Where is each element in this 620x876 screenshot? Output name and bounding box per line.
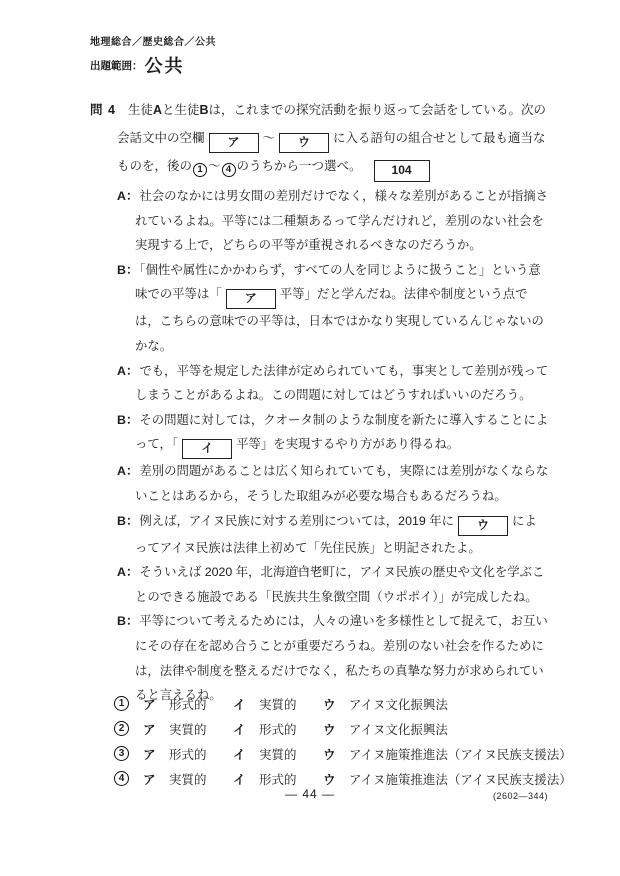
- dialogue-speaker: B：: [117, 614, 138, 628]
- circled-number: 4: [222, 163, 236, 177]
- dialogue-paragraph: A：社会のなかには男女間の差別だけでなく，様々な差別があることが指摘されているよ…: [117, 184, 549, 258]
- scope-label: 出題範囲：: [90, 60, 143, 72]
- option-item: ウアイヌ施策推進法（アイヌ民族支援法）: [323, 770, 572, 788]
- option-item: ア実質的: [143, 720, 233, 738]
- option-item: ア形式的: [143, 695, 233, 713]
- option-circled-number: 1: [114, 696, 129, 711]
- text-run: 差別の問題があることは広く知られていても，実際には差別がなくならないことはあるか…: [135, 464, 548, 503]
- option-value: アイヌ施策推進法（アイヌ民族支援法）: [349, 770, 572, 788]
- text-run: 平等について考えるためには，人々の違いを多様性として捉えて，お互いにその存在を認…: [135, 614, 548, 702]
- answer-number-box: 104: [374, 160, 430, 182]
- option-item: ア実質的: [143, 770, 233, 788]
- option-blank-label: ウ: [323, 745, 349, 763]
- text-run: でも，平等を規定した法律が定められていても，事実として差別が残ってしまうことがあ…: [135, 364, 548, 403]
- option-blank-label: ア: [143, 720, 169, 738]
- option-value: 実質的: [259, 695, 323, 713]
- blank-box: イ: [182, 439, 232, 459]
- dialogue-section: A：社会のなかには男女間の差別だけでなく，様々な差別があることが指摘されているよ…: [117, 184, 549, 708]
- option-value: 実質的: [169, 770, 233, 788]
- question-text: 生徒Aと生徒Bは，これまでの探究活動を振り返って会話をしている。次の会話文中の空…: [117, 103, 546, 173]
- option-row: 1ア形式的イ実質的ウアイヌ文化振興法: [113, 691, 572, 716]
- text-run: ～: [208, 159, 221, 173]
- text-run: 平等」を実現するやり方があり得るね。: [236, 437, 459, 451]
- ruby-annotated-text: 白老しらおい: [298, 565, 323, 579]
- course-title: 地理総合／歴史総合／公共: [90, 33, 216, 48]
- option-blank-label: イ: [233, 770, 259, 788]
- option-item: イ実質的: [233, 695, 323, 713]
- option-blank-label: イ: [233, 745, 259, 763]
- dialogue-speaker: B：: [117, 413, 138, 427]
- blank-box: ウ: [279, 133, 329, 153]
- circled-number: 1: [193, 163, 207, 177]
- text-run: 例えば，アイヌ民族に対する差別については，2019 年に: [139, 514, 454, 528]
- dialogue-paragraph: A：差別の問題があることは広く知られていても，実際には差別がなくならないことはあ…: [117, 459, 549, 508]
- dialogue-speaker: A：: [117, 464, 138, 478]
- option-value: 形式的: [259, 770, 323, 788]
- text-run: そういえば 2020 年，北海道: [139, 565, 297, 579]
- question-number: 問 4: [90, 103, 116, 117]
- option-value: アイヌ文化振興法: [349, 695, 448, 713]
- option-item: イ形式的: [233, 720, 323, 738]
- option-item: イ実質的: [233, 745, 323, 763]
- text-run: と生徒: [162, 103, 200, 117]
- option-value: 形式的: [259, 720, 323, 738]
- option-row: 2ア実質的イ形式的ウアイヌ文化振興法: [113, 716, 572, 741]
- exam-page: 地理総合／歴史総合／公共 出題範囲：公共 問 4生徒Aと生徒Bは，これまでの探究…: [0, 0, 620, 876]
- blank-box: ウ: [458, 516, 508, 536]
- option-value: 形式的: [169, 695, 233, 713]
- dialogue-speaker: B：: [117, 514, 138, 528]
- option-blank-label: ウ: [323, 695, 349, 713]
- option-blank-label: イ: [233, 720, 259, 738]
- option-value: 実質的: [169, 720, 233, 738]
- subject-name: 公共: [145, 56, 185, 76]
- text-run: のうちから一つ選べ。: [237, 159, 362, 173]
- option-value: 実質的: [259, 745, 323, 763]
- option-blank-label: ア: [143, 745, 169, 763]
- bold-text-run: A: [153, 103, 162, 117]
- bold-text-run: B: [200, 103, 209, 117]
- text-run: 社会のなかには男女間の差別だけでなく，様々な差別があることが指摘されているよね。…: [135, 189, 548, 252]
- dialogue-speaker: A：: [117, 364, 138, 378]
- dialogue-paragraph: B：例えば，アイヌ民族に対する差別については，2019 年にウによってアイヌ民族…: [117, 509, 549, 561]
- options-section: 1ア形式的イ実質的ウアイヌ文化振興法2ア実質的イ形式的ウアイヌ文化振興法3ア形式…: [113, 691, 572, 791]
- option-blank-label: ウ: [323, 720, 349, 738]
- option-row: 3ア形式的イ実質的ウアイヌ施策推進法（アイヌ民族支援法）: [113, 741, 572, 766]
- print-code: (2602—344): [493, 791, 548, 801]
- option-circled-number: 4: [114, 771, 129, 786]
- exam-scope: 出題範囲：公共: [90, 52, 185, 78]
- dialogue-paragraph: B：その問題に対しては，クオータ制のような制度を新たに導入することによって，「イ…: [117, 408, 549, 460]
- option-item: ウアイヌ文化振興法: [323, 695, 448, 713]
- furigana-label: しらおい: [295, 558, 325, 583]
- dialogue-paragraph: A：そういえば 2020 年，北海道白老しらおい町に，アイヌ民族の歴史や文化を学…: [117, 560, 549, 609]
- option-item: ア形式的: [143, 745, 233, 763]
- option-item: ウアイヌ施策推進法（アイヌ民族支援法）: [323, 745, 572, 763]
- option-circled-number: 3: [114, 746, 129, 761]
- dialogue-paragraph: B：「個性や属性にかかわらず，すべての人を同じように扱うこと」という意味での平等…: [117, 258, 549, 359]
- option-blank-label: ア: [143, 695, 169, 713]
- option-blank-label: ウ: [323, 770, 349, 788]
- blank-box: ア: [226, 289, 276, 309]
- text-run: ～: [263, 131, 276, 145]
- option-value: アイヌ文化振興法: [349, 720, 448, 738]
- dialogue-speaker: B：: [117, 263, 138, 277]
- dialogue-speaker: A：: [117, 189, 138, 203]
- question-block: 問 4生徒Aと生徒Bは，これまでの探究活動を振り返って会話をしている。次の会話文…: [90, 97, 552, 182]
- text-run: 生徒: [128, 103, 153, 117]
- option-blank-label: イ: [233, 695, 259, 713]
- option-circled-number: 2: [114, 721, 129, 736]
- dialogue-paragraph: A：でも，平等を規定した法律が定められていても，事実として差別が残ってしまうこと…: [117, 359, 549, 408]
- dialogue-speaker: A：: [117, 565, 138, 579]
- option-value: 形式的: [169, 745, 233, 763]
- option-item: ウアイヌ文化振興法: [323, 720, 448, 738]
- option-blank-label: ア: [143, 770, 169, 788]
- option-item: イ形式的: [233, 770, 323, 788]
- blank-box: ア: [209, 133, 259, 153]
- option-value: アイヌ施策推進法（アイヌ民族支援法）: [349, 745, 572, 763]
